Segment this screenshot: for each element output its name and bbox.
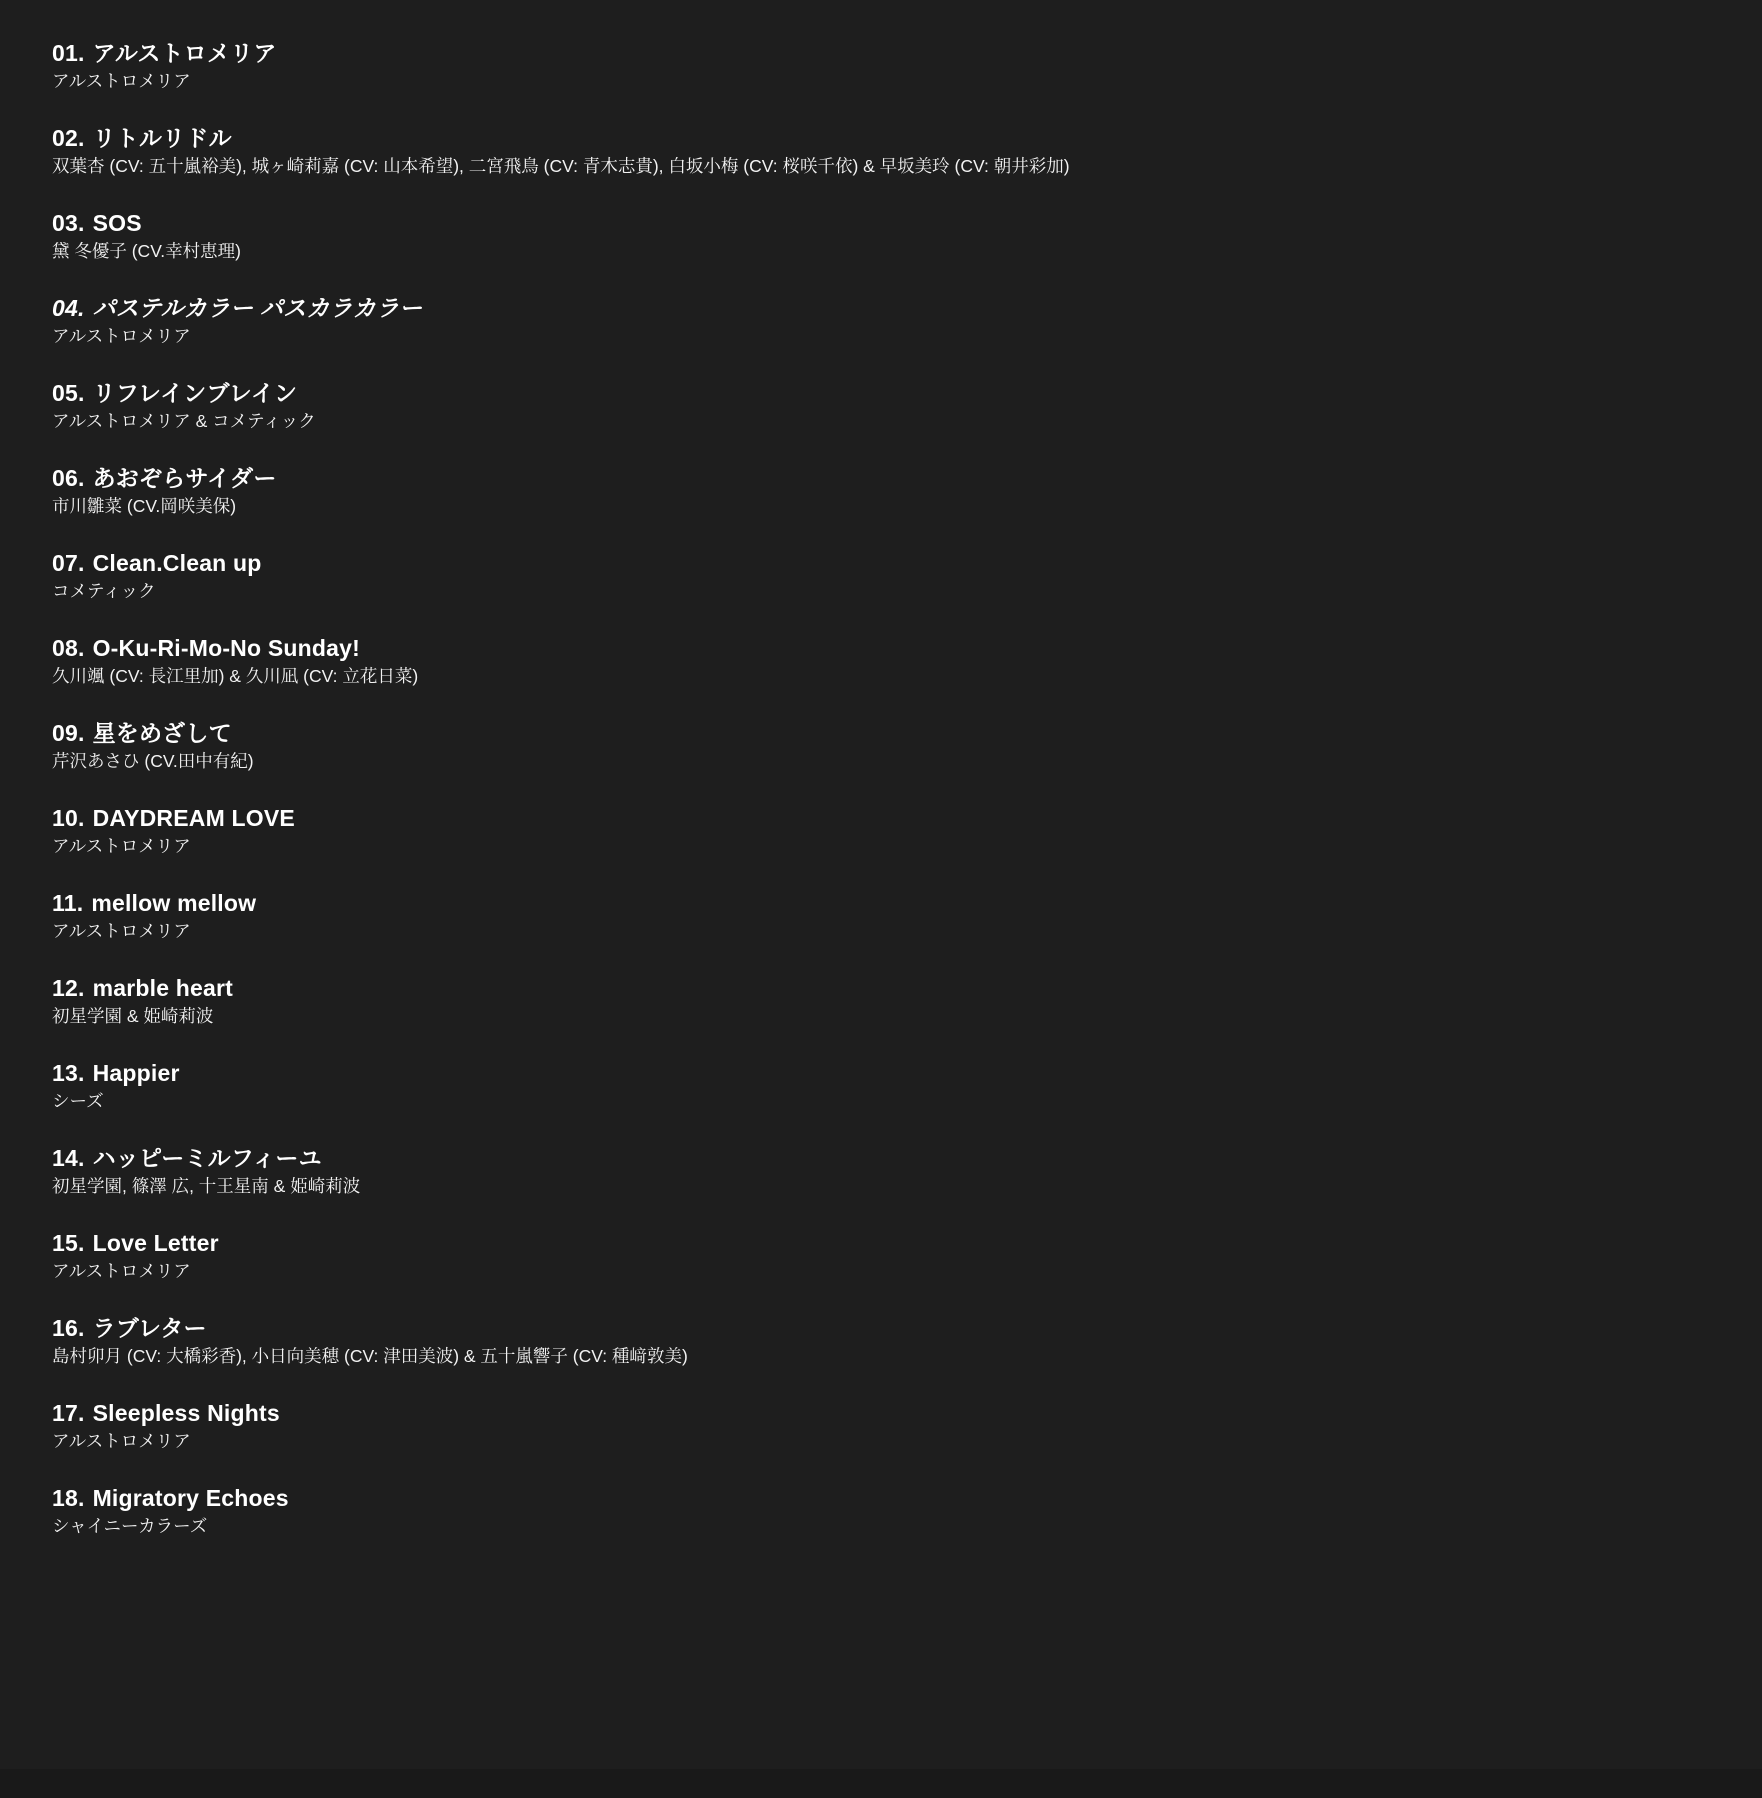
track-artist: 黛 冬優子 (CV.幸村恵理): [52, 238, 1722, 264]
track-number: 15.: [52, 1230, 85, 1256]
track-number: 04.: [52, 295, 85, 321]
track-artist: アルストロメリア: [52, 1428, 1722, 1454]
track-number: 12.: [52, 975, 85, 1001]
track-title: 10.DAYDREAM LOVE: [52, 803, 1722, 833]
track-number: 14.: [52, 1145, 85, 1171]
track-item: 14.ハッピーミルフィーユ初星学園, 篠澤 広, 十王星南 & 姫崎莉波: [52, 1143, 1722, 1199]
track-artist: シーズ: [52, 1088, 1722, 1114]
track-artist: 市川雛菜 (CV.岡咲美保): [52, 493, 1722, 519]
track-title: 13.Happier: [52, 1058, 1722, 1088]
track-number: 18.: [52, 1485, 85, 1511]
track-title: 16.ラブレター: [52, 1313, 1722, 1343]
track-title: 08.O-Ku-Ri-Mo-No Sunday!: [52, 633, 1722, 663]
track-number: 17.: [52, 1400, 85, 1426]
track-title: 03.SOS: [52, 208, 1722, 238]
track-name: あおぞらサイダー: [93, 465, 277, 491]
track-number: 09.: [52, 720, 85, 746]
track-name: SOS: [93, 210, 142, 236]
track-artist: 初星学園 & 姫崎莉波: [52, 1003, 1722, 1029]
track-name: Clean.Clean up: [93, 550, 262, 576]
track-number: 10.: [52, 805, 85, 831]
track-item: 18.Migratory Echoesシャイニーカラーズ: [52, 1483, 1722, 1539]
track-artist: アルストロメリア: [52, 918, 1722, 944]
track-artist: アルストロメリア & コメティック: [52, 408, 1722, 434]
track-name: ラブレター: [93, 1315, 207, 1341]
track-artist: アルストロメリア: [52, 1258, 1722, 1284]
tracklist: 01.アルストロメリアアルストロメリア02.リトルリドル双葉杏 (CV: 五十嵐…: [0, 0, 1762, 1539]
track-item: 13.Happierシーズ: [52, 1058, 1722, 1114]
track-title: 07.Clean.Clean up: [52, 548, 1722, 578]
track-title: 15.Love Letter: [52, 1228, 1722, 1258]
track-artist: 芹沢あさひ (CV.田中有紀): [52, 748, 1722, 774]
track-number: 01.: [52, 40, 85, 66]
track-number: 03.: [52, 210, 85, 236]
track-name: Happier: [93, 1060, 180, 1086]
track-item: 01.アルストロメリアアルストロメリア: [52, 38, 1722, 94]
track-item: 09.星をめざして芹沢あさひ (CV.田中有紀): [52, 718, 1722, 774]
track-number: 02.: [52, 125, 85, 151]
track-number: 05.: [52, 380, 85, 406]
track-artist: コメティック: [52, 578, 1722, 604]
track-name: パステルカラー パスカラカラー: [93, 295, 423, 321]
track-item: 02.リトルリドル双葉杏 (CV: 五十嵐裕美), 城ヶ崎莉嘉 (CV: 山本希…: [52, 123, 1722, 179]
track-item: 07.Clean.Clean upコメティック: [52, 548, 1722, 604]
track-item: 11.mellow mellowアルストロメリア: [52, 888, 1722, 944]
track-item: 15.Love Letterアルストロメリア: [52, 1228, 1722, 1284]
track-number: 16.: [52, 1315, 85, 1341]
track-number: 07.: [52, 550, 85, 576]
track-item: 04.パステルカラー パスカラカラーアルストロメリア: [52, 293, 1722, 349]
track-name: 星をめざして: [93, 720, 232, 746]
track-title: 06.あおぞらサイダー: [52, 463, 1722, 493]
track-artist: 久川颯 (CV: 長江里加) & 久川凪 (CV: 立花日菜): [52, 663, 1722, 689]
track-name: Migratory Echoes: [93, 1485, 289, 1511]
track-title: 01.アルストロメリア: [52, 38, 1722, 68]
track-name: アルストロメリア: [93, 40, 277, 66]
track-title: 02.リトルリドル: [52, 123, 1722, 153]
track-name: リフレインブレイン: [93, 380, 298, 406]
track-name: Sleepless Nights: [93, 1400, 280, 1426]
track-title: 17.Sleepless Nights: [52, 1398, 1722, 1428]
track-number: 11.: [52, 890, 83, 916]
track-artist: アルストロメリア: [52, 833, 1722, 859]
track-name: Love Letter: [93, 1230, 219, 1256]
footer-strip: [0, 1769, 1762, 1798]
track-item: 12.marble heart初星学園 & 姫崎莉波: [52, 973, 1722, 1029]
track-title: 05.リフレインブレイン: [52, 378, 1722, 408]
track-item: 06.あおぞらサイダー市川雛菜 (CV.岡咲美保): [52, 463, 1722, 519]
track-item: 17.Sleepless Nightsアルストロメリア: [52, 1398, 1722, 1454]
track-number: 08.: [52, 635, 85, 661]
track-name: O-Ku-Ri-Mo-No Sunday!: [93, 635, 360, 661]
track-title: 11.mellow mellow: [52, 888, 1722, 918]
track-title: 12.marble heart: [52, 973, 1722, 1003]
track-title: 09.星をめざして: [52, 718, 1722, 748]
track-artist: 初星学園, 篠澤 広, 十王星南 & 姫崎莉波: [52, 1173, 1722, 1199]
track-title: 18.Migratory Echoes: [52, 1483, 1722, 1513]
track-title: 14.ハッピーミルフィーユ: [52, 1143, 1722, 1173]
track-name: DAYDREAM LOVE: [93, 805, 295, 831]
track-artist: 双葉杏 (CV: 五十嵐裕美), 城ヶ崎莉嘉 (CV: 山本希望), 二宮飛鳥 …: [52, 153, 1722, 179]
track-artist: 島村卯月 (CV: 大橋彩香), 小日向美穂 (CV: 津田美波) & 五十嵐響…: [52, 1343, 1722, 1369]
track-name: marble heart: [93, 975, 233, 1001]
track-number: 06.: [52, 465, 85, 491]
track-name: mellow mellow: [91, 890, 256, 916]
track-artist: アルストロメリア: [52, 68, 1722, 94]
track-name: リトルリドル: [93, 125, 232, 151]
track-name: ハッピーミルフィーユ: [93, 1145, 322, 1171]
track-item: 03.SOS黛 冬優子 (CV.幸村恵理): [52, 208, 1722, 264]
track-item: 16.ラブレター島村卯月 (CV: 大橋彩香), 小日向美穂 (CV: 津田美波…: [52, 1313, 1722, 1369]
track-title: 04.パステルカラー パスカラカラー: [52, 293, 1722, 323]
track-item: 08.O-Ku-Ri-Mo-No Sunday!久川颯 (CV: 長江里加) &…: [52, 633, 1722, 689]
track-item: 05.リフレインブレインアルストロメリア & コメティック: [52, 378, 1722, 434]
track-artist: アルストロメリア: [52, 323, 1722, 349]
track-item: 10.DAYDREAM LOVEアルストロメリア: [52, 803, 1722, 859]
track-artist: シャイニーカラーズ: [52, 1513, 1722, 1539]
track-number: 13.: [52, 1060, 85, 1086]
